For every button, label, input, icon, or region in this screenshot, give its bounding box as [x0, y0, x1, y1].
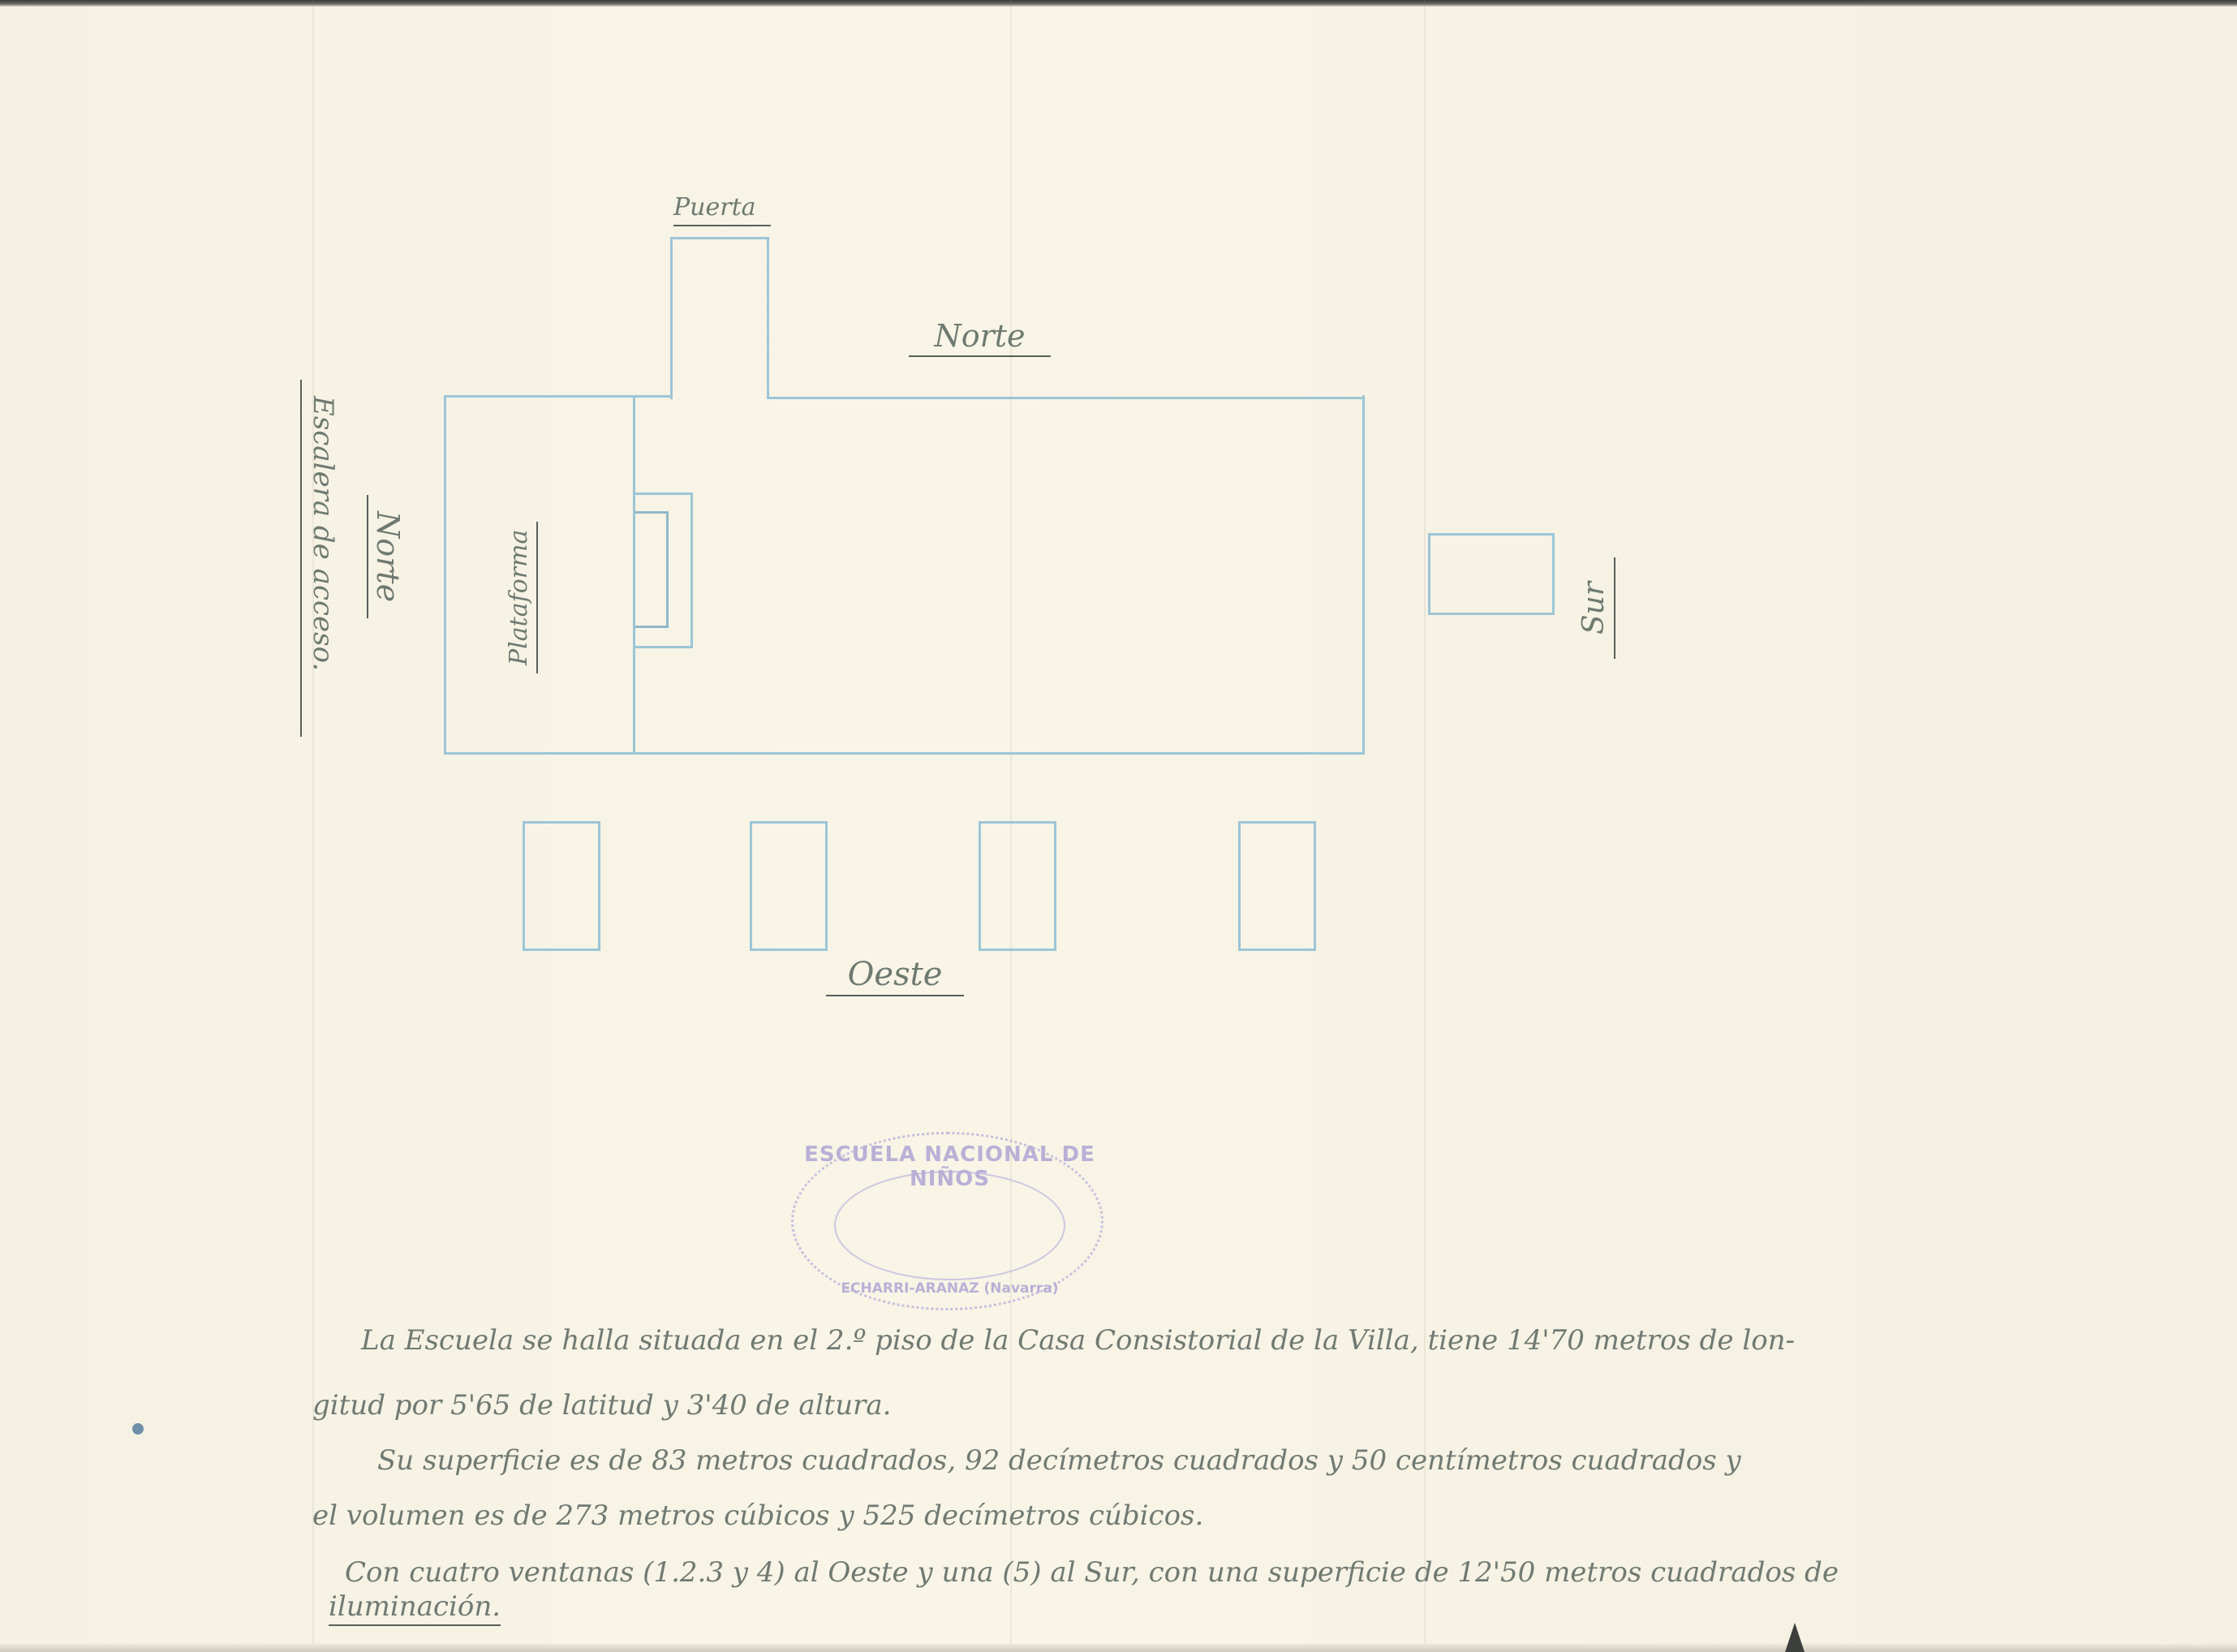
platform-label: Plataforma: [505, 522, 538, 673]
south-label-right: Sur: [1577, 557, 1615, 659]
school-stamp: ESCUELA NACIONAL DE NIÑOS ECHARRI-ARANAZ…: [791, 1132, 1103, 1310]
scan-bottom-edge: [0, 1644, 2237, 1652]
pencil-tip: [1785, 1623, 1805, 1652]
stairs-label-left: Escalera de acceso.: [300, 380, 339, 737]
west-label-bottom: Oeste: [826, 956, 964, 996]
door-label: Puerta: [673, 193, 771, 226]
ink-dot: [132, 1423, 144, 1435]
window-2-west: [750, 821, 828, 951]
description-line: Su superficie es de 83 metros cuadrados,…: [377, 1444, 1741, 1477]
description-line: Con cuatro ventanas (1.2.3 y 4) al Oeste…: [345, 1556, 1839, 1589]
scan-top-edge: [0, 0, 2237, 6]
paper-fold-line: [1424, 0, 1426, 1652]
description-line: el volumen es de 273 metros cúbicos y 52…: [312, 1499, 1203, 1532]
stamp-top-text: ESCUELA NACIONAL DE NIÑOS: [794, 1142, 1106, 1191]
stamp-bottom-text: ECHARRI-ARANAZ (Navarra): [794, 1280, 1106, 1297]
description-line: iluminación.: [329, 1590, 501, 1626]
window-3-west: [979, 821, 1056, 951]
description-line: La Escuela se halla situada en el 2.º pi…: [361, 1324, 1795, 1357]
door-alcove: [670, 237, 769, 399]
window-1-west: [523, 821, 600, 951]
window-4-west: [1238, 821, 1316, 951]
north-label-left: Norte: [367, 495, 406, 618]
description-line: gitud por 5'65 de latitud y 3'40 de altu…: [312, 1389, 891, 1422]
window-5-south: [1428, 533, 1555, 615]
teacher-desk-inner: [635, 511, 669, 628]
north-label-top: Norte: [909, 318, 1051, 357]
room-walls: [444, 395, 1365, 755]
